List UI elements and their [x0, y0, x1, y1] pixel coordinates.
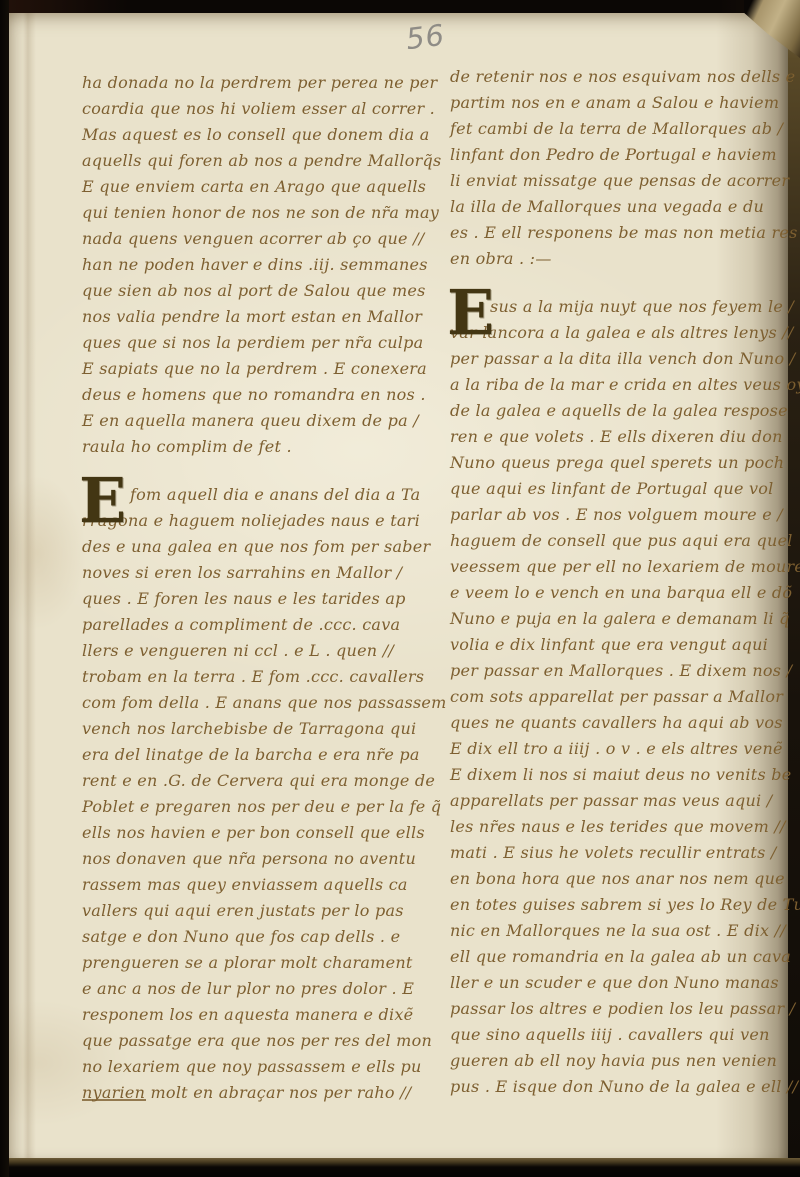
- manuscript-line: volia e dix linfant que era vengut aqui: [450, 632, 785, 658]
- manuscript-line: Poblet e pregaren nos per deu e per la f…: [82, 794, 427, 820]
- manuscript-line: E dix ell tro a iiij . o v . e els altre…: [450, 736, 785, 762]
- manuscript-line: E dixem li nos si maiut deus no venits b…: [450, 762, 785, 788]
- manuscript-line: que sien ab nos al port de Salou que mes: [82, 278, 427, 304]
- manuscript-line: la illa de Mallorques una vegada e du: [450, 194, 785, 220]
- manuscript-line: sus a la mija nuyt que nos feyem le /: [450, 294, 785, 320]
- manuscript-line: var lancora a la galea e als altres leny…: [450, 320, 785, 346]
- manuscript-line: fom aquell dia e anans del dia a Ta: [82, 482, 427, 508]
- manuscript-line: prengueren se a plorar molt charament: [82, 950, 427, 976]
- manuscript-line: Mas aquest es lo consell que donem dia a: [82, 122, 427, 148]
- manuscript-line: ell que romandria en la galea ab un cava: [450, 944, 785, 970]
- manuscript-line: rragona e haguem noliejades naus e tari: [82, 508, 427, 534]
- manuscript-line: no lexariem que noy passassem e ells pu: [82, 1054, 427, 1080]
- manuscript-line: haguem de consell que pus aqui era quel: [450, 528, 785, 554]
- manuscript-paragraph: Efom aquell dia e anans del dia a Tarrag…: [82, 482, 427, 1106]
- manuscript-line: que sino aquells iiij . cavallers qui ve…: [450, 1022, 785, 1048]
- manuscript-line: li enviat missatge que pensas de acorrer: [450, 168, 785, 194]
- manuscript-line: qui tenien honor de nos ne son de nr̃a m…: [82, 200, 427, 226]
- folio-number: 56: [404, 18, 447, 56]
- manuscript-line: ques que si nos la perdiem per nr̃a culp…: [82, 330, 427, 356]
- manuscript-line: Nuno e puja en la galera e demanam li q̃: [450, 606, 785, 632]
- manuscript-line: E sapiats que no la perdrem . E conexera: [82, 356, 427, 382]
- manuscript-paragraph: de retenir nos e nos esquivam nos dells …: [450, 64, 785, 272]
- manuscript-line: apparellats per passar mas veus aqui /: [450, 788, 785, 814]
- manuscript-line: parellades a compliment de .ccc. cava: [82, 612, 427, 638]
- illuminated-initial: E: [447, 282, 495, 344]
- manuscript-line: aquells qui foren ab nos a pendre Mallor…: [82, 148, 427, 174]
- photo-top-border: [0, 0, 800, 13]
- manuscript-line: vench nos larchebisbe de Tarragona qui: [82, 716, 427, 742]
- manuscript-line: nada quens venguen acorrer ab ço que //: [82, 226, 427, 252]
- manuscript-line: en bona hora que nos anar nos nem que: [450, 866, 785, 892]
- manuscript-line: que passatge era que nos per res del mon: [82, 1028, 427, 1054]
- manuscript-line: ha donada no la perdrem per perea ne per: [82, 70, 427, 96]
- manuscript-line: han ne poden haver e dins .iij. semmanes: [82, 252, 427, 278]
- manuscript-line: pus . E isque don Nuno de la galea e ell…: [450, 1074, 785, 1100]
- manuscript-line: deus e homens que no romandra en nos .: [82, 382, 427, 408]
- manuscript-line: ells nos havien e per bon consell que el…: [82, 820, 427, 846]
- manuscript-column-left: ha donada no la perdrem per perea ne per…: [82, 70, 427, 1106]
- photo-left-border: [0, 0, 9, 1177]
- manuscript-line: vallers qui aqui eren justats per lo pas: [82, 898, 427, 924]
- manuscript-line: com sots apparellat per passar a Mallor: [450, 684, 785, 710]
- manuscript-paragraph: ha donada no la perdrem per perea ne per…: [82, 70, 427, 460]
- manuscript-line: per passar a la dita illa vench don Nuno…: [450, 346, 785, 372]
- manuscript-line: veessem que per ell no lexariem de moure…: [450, 554, 785, 580]
- manuscript-line: es . E ell responens be mas non metia re…: [450, 220, 785, 246]
- manuscript-line: linfant don Pedro de Portugal e haviem: [450, 142, 785, 168]
- manuscript-line: nic en Mallorques ne la sua ost . E dix …: [450, 918, 785, 944]
- manuscript-line: rassem mas quey enviassem aquells ca: [82, 872, 427, 898]
- manuscript-line: de retenir nos e nos esquivam nos dells …: [450, 64, 785, 90]
- manuscript-paragraph: Esus a la mija nuyt que nos feyem le /va…: [450, 294, 785, 1100]
- manuscript-line: que aqui es linfant de Portugal que vol: [450, 476, 785, 502]
- manuscript-line: nyarien molt en abraçar nos per raho //: [82, 1080, 427, 1106]
- manuscript-line: nos valia pendre la mort estan en Mallor: [82, 304, 427, 330]
- manuscript-line: les nr̃es naus e les terides que movem /…: [450, 814, 785, 840]
- manuscript-line: raula ho complim de fet .: [82, 434, 427, 460]
- manuscript-line: de la galea e aquells de la galea respos…: [450, 398, 785, 424]
- manuscript-line: com fom della . E anans que nos passasse…: [82, 690, 427, 716]
- manuscript-line: fet cambi de la terra de Mallorques ab /: [450, 116, 785, 142]
- manuscript-line: des e una galea en que nos fom per saber: [82, 534, 427, 560]
- manuscript-column-right: de retenir nos e nos esquivam nos dells …: [450, 64, 785, 1100]
- manuscript-line: en totes guises sabrem si yes lo Rey de …: [450, 892, 785, 918]
- manuscript-line: nos donaven que nr̃a persona no aventu: [82, 846, 427, 872]
- manuscript-line: ques . E foren les naus e les tarides ap: [82, 586, 427, 612]
- manuscript-line: a la riba de la mar e crida en altes veu…: [450, 372, 785, 398]
- manuscript-line: passar los altres e podien los leu passa…: [450, 996, 785, 1022]
- manuscript-line: e veem lo e vench en una barqua ell e dõ: [450, 580, 785, 606]
- manuscript-line: era del linatge de la barcha e era nr̃e …: [82, 742, 427, 768]
- manuscript-line: E que enviem carta en Arago que aquells: [82, 174, 427, 200]
- manuscript-line: parlar ab vos . E nos volguem moure e /: [450, 502, 785, 528]
- manuscript-line: coardia que nos hi voliem esser al corre…: [82, 96, 427, 122]
- manuscript-line: Nuno queus prega quel sperets un poch: [450, 450, 785, 476]
- manuscript-line: per passar en Mallorques . E dixem nos /: [450, 658, 785, 684]
- manuscript-line: satge e don Nuno que fos cap dells . e: [82, 924, 427, 950]
- manuscript-line: mati . E sius he volets recullir entrats…: [450, 840, 785, 866]
- manuscript-line: ren e que volets . E ells dixeren diu do…: [450, 424, 785, 450]
- manuscript-line: E en aquella manera queu dixem de pa /: [82, 408, 427, 434]
- manuscript-line: en obra . :—: [450, 246, 785, 272]
- manuscript-line: ller e un scuder e que don Nuno manas: [450, 970, 785, 996]
- manuscript-line: ques ne quants cavallers ha aqui ab vos: [450, 710, 785, 736]
- manuscript-line: trobam en la terra . E fom .ccc. cavalle…: [82, 664, 427, 690]
- illuminated-initial: E: [79, 470, 127, 532]
- manuscript-line: noves si eren los sarrahins en Mallor /: [82, 560, 427, 586]
- manuscript-line: gueren ab ell noy havia pus nen venien: [450, 1048, 785, 1074]
- manuscript-line: e anc a nos de lur plor no pres dolor . …: [82, 976, 427, 1002]
- manuscript-line: llers e vengueren ni ccl . e L . quen //: [82, 638, 427, 664]
- manuscript-line: partim nos en e anam a Salou e haviem: [450, 90, 785, 116]
- manuscript-line: responem los en aquesta manera e dixẽ: [82, 1002, 427, 1028]
- manuscript-line: rent e en .G. de Cervera qui era monge d…: [82, 768, 427, 794]
- photo-bottom-border: [0, 1158, 800, 1177]
- scribal-underline-mark: [82, 1099, 146, 1101]
